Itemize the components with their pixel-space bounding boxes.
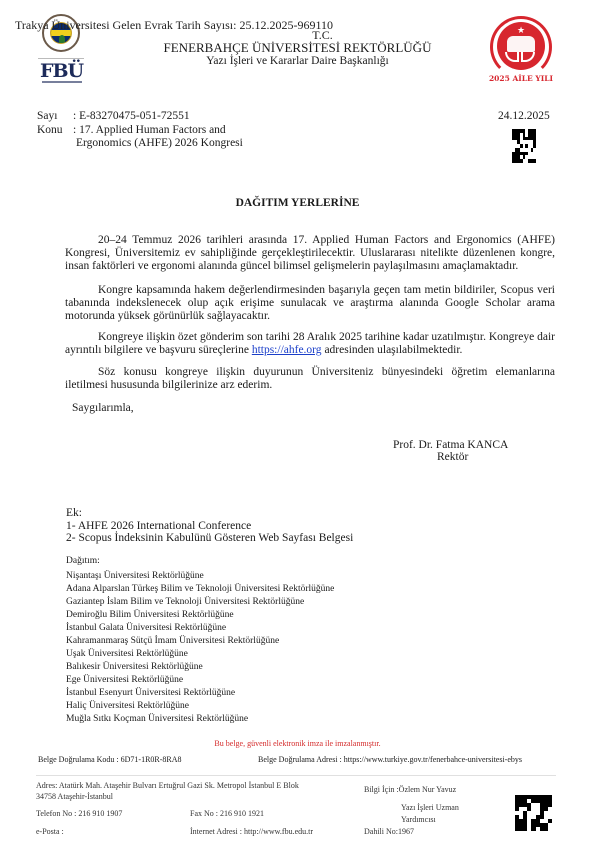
konu-value-line2: Ergonomics (AHFE) 2026 Kongresi (76, 137, 243, 149)
email-label: e-Posta : (36, 827, 64, 836)
family-year-caption: 2025 AİLE YILI (486, 74, 556, 83)
distribution-item: Haliç Üniversitesi Rektörlüğüne (66, 701, 189, 711)
family-hands-icon: ★ (497, 22, 545, 70)
qr-code-icon (512, 129, 536, 163)
konu-row: Konu: 17. Applied Human Factors and (37, 124, 226, 136)
info-contact: Bilgi İçin :Özlem Nur Yavuz (364, 785, 456, 794)
phone-number: Telefon No : 216 910 1907 (36, 809, 122, 818)
extension-number: Dahili No:1967 (364, 827, 414, 836)
info-title-line1: Yazı İşleri Uzman (401, 803, 459, 812)
distribution-item: Demiroğlu Bilim Üniversitesi Rektörlüğün… (66, 610, 234, 620)
paragraph-1: 20–24 Temmuz 2026 tarihleri arasında 17.… (65, 234, 555, 273)
address-line-1: Adres: Atatürk Mah. Ataşehir Bulvarı Ert… (36, 781, 299, 790)
paragraph-3: Kongreye ilişkin özet gönderim son tarih… (65, 331, 555, 357)
konu-label: Konu (37, 124, 73, 136)
konu-value-line1: : 17. Applied Human Factors and (73, 124, 226, 136)
document-title: DAĞITIM YERLERİNE (0, 197, 595, 209)
footer-divider (36, 775, 556, 776)
document-date: 24.12.2025 (498, 110, 550, 122)
attachment-item: 1- AHFE 2026 International Conference (66, 520, 251, 532)
distribution-item: Ege Üniversitesi Rektörlüğüne (66, 675, 183, 685)
distribution-item: Uşak Üniversitesi Rektörlüğüne (66, 649, 188, 659)
qr-code-footer-icon (515, 795, 552, 831)
fax-number: Fax No : 216 910 1921 (190, 809, 264, 818)
distribution-label: Dağıtım: (66, 556, 100, 566)
signatory-name: Prof. Dr. Fatma KANCA (393, 439, 508, 451)
attachments-label: Ek: (66, 507, 82, 519)
sayi-label: Sayı (37, 110, 73, 122)
distribution-item: Balıkesir Üniversitesi Rektörlüğüne (66, 662, 203, 672)
distribution-item: İstanbul Galata Üniversitesi Rektörlüğün… (66, 623, 226, 633)
distribution-item: İstanbul Esenyurt Üniversitesi Rektörlüğ… (66, 688, 235, 698)
incoming-document-stamp: Trakya Üniversitesi Gelen Evrak Tarih Sa… (15, 18, 333, 33)
website[interactable]: İnternet Adresi : http://www.fbu.edu.tr (190, 827, 313, 836)
distribution-item: Adana Alparslan Türkeş Bilim ve Teknoloj… (66, 584, 334, 594)
sayi-row: Sayı: E-83270475-051-72551 (37, 110, 190, 122)
attachment-item: 2- Scopus İndeksinin Kabulünü Gösteren W… (66, 532, 353, 544)
sayi-value: : E-83270475-051-72551 (73, 110, 190, 122)
verification-code: Belge Doğrulama Kodu : 6D71-1R0R-8RA8 (38, 755, 182, 764)
closing: Saygılarımla, (72, 402, 134, 414)
distribution-item: Gaziantep İslam Bilim ve Teknoloji Ünive… (66, 597, 304, 607)
ahfe-link[interactable]: https://ahfe.org (252, 344, 322, 356)
info-title-line2: Yardımcısı (401, 815, 436, 824)
verification-address: Belge Doğrulama Adresi : https://www.tur… (258, 755, 522, 764)
paragraph-2: Kongre kapsamında hakem değerlendirmesin… (65, 284, 555, 323)
family-year-logo: ★ 2025 AİLE YILI (488, 14, 554, 84)
paragraph-4: Söz konusu kongreye ilişkin duyurunun Ün… (65, 366, 555, 392)
esignature-note: Bu belge, güvenli elektronik imza ile im… (0, 739, 595, 748)
distribution-item: Kahramanmaraş Sütçü İmam Üniversitesi Re… (66, 636, 279, 646)
signatory-role: Rektör (437, 451, 468, 463)
distribution-item: Nişantaşı Üniversitesi Rektörlüğüne (66, 571, 204, 581)
address-line-2: 34758 Ataşehir-İstanbul (36, 792, 113, 801)
distribution-item: Muğla Sıtkı Koçman Üniversitesi Rektörlü… (66, 714, 248, 724)
